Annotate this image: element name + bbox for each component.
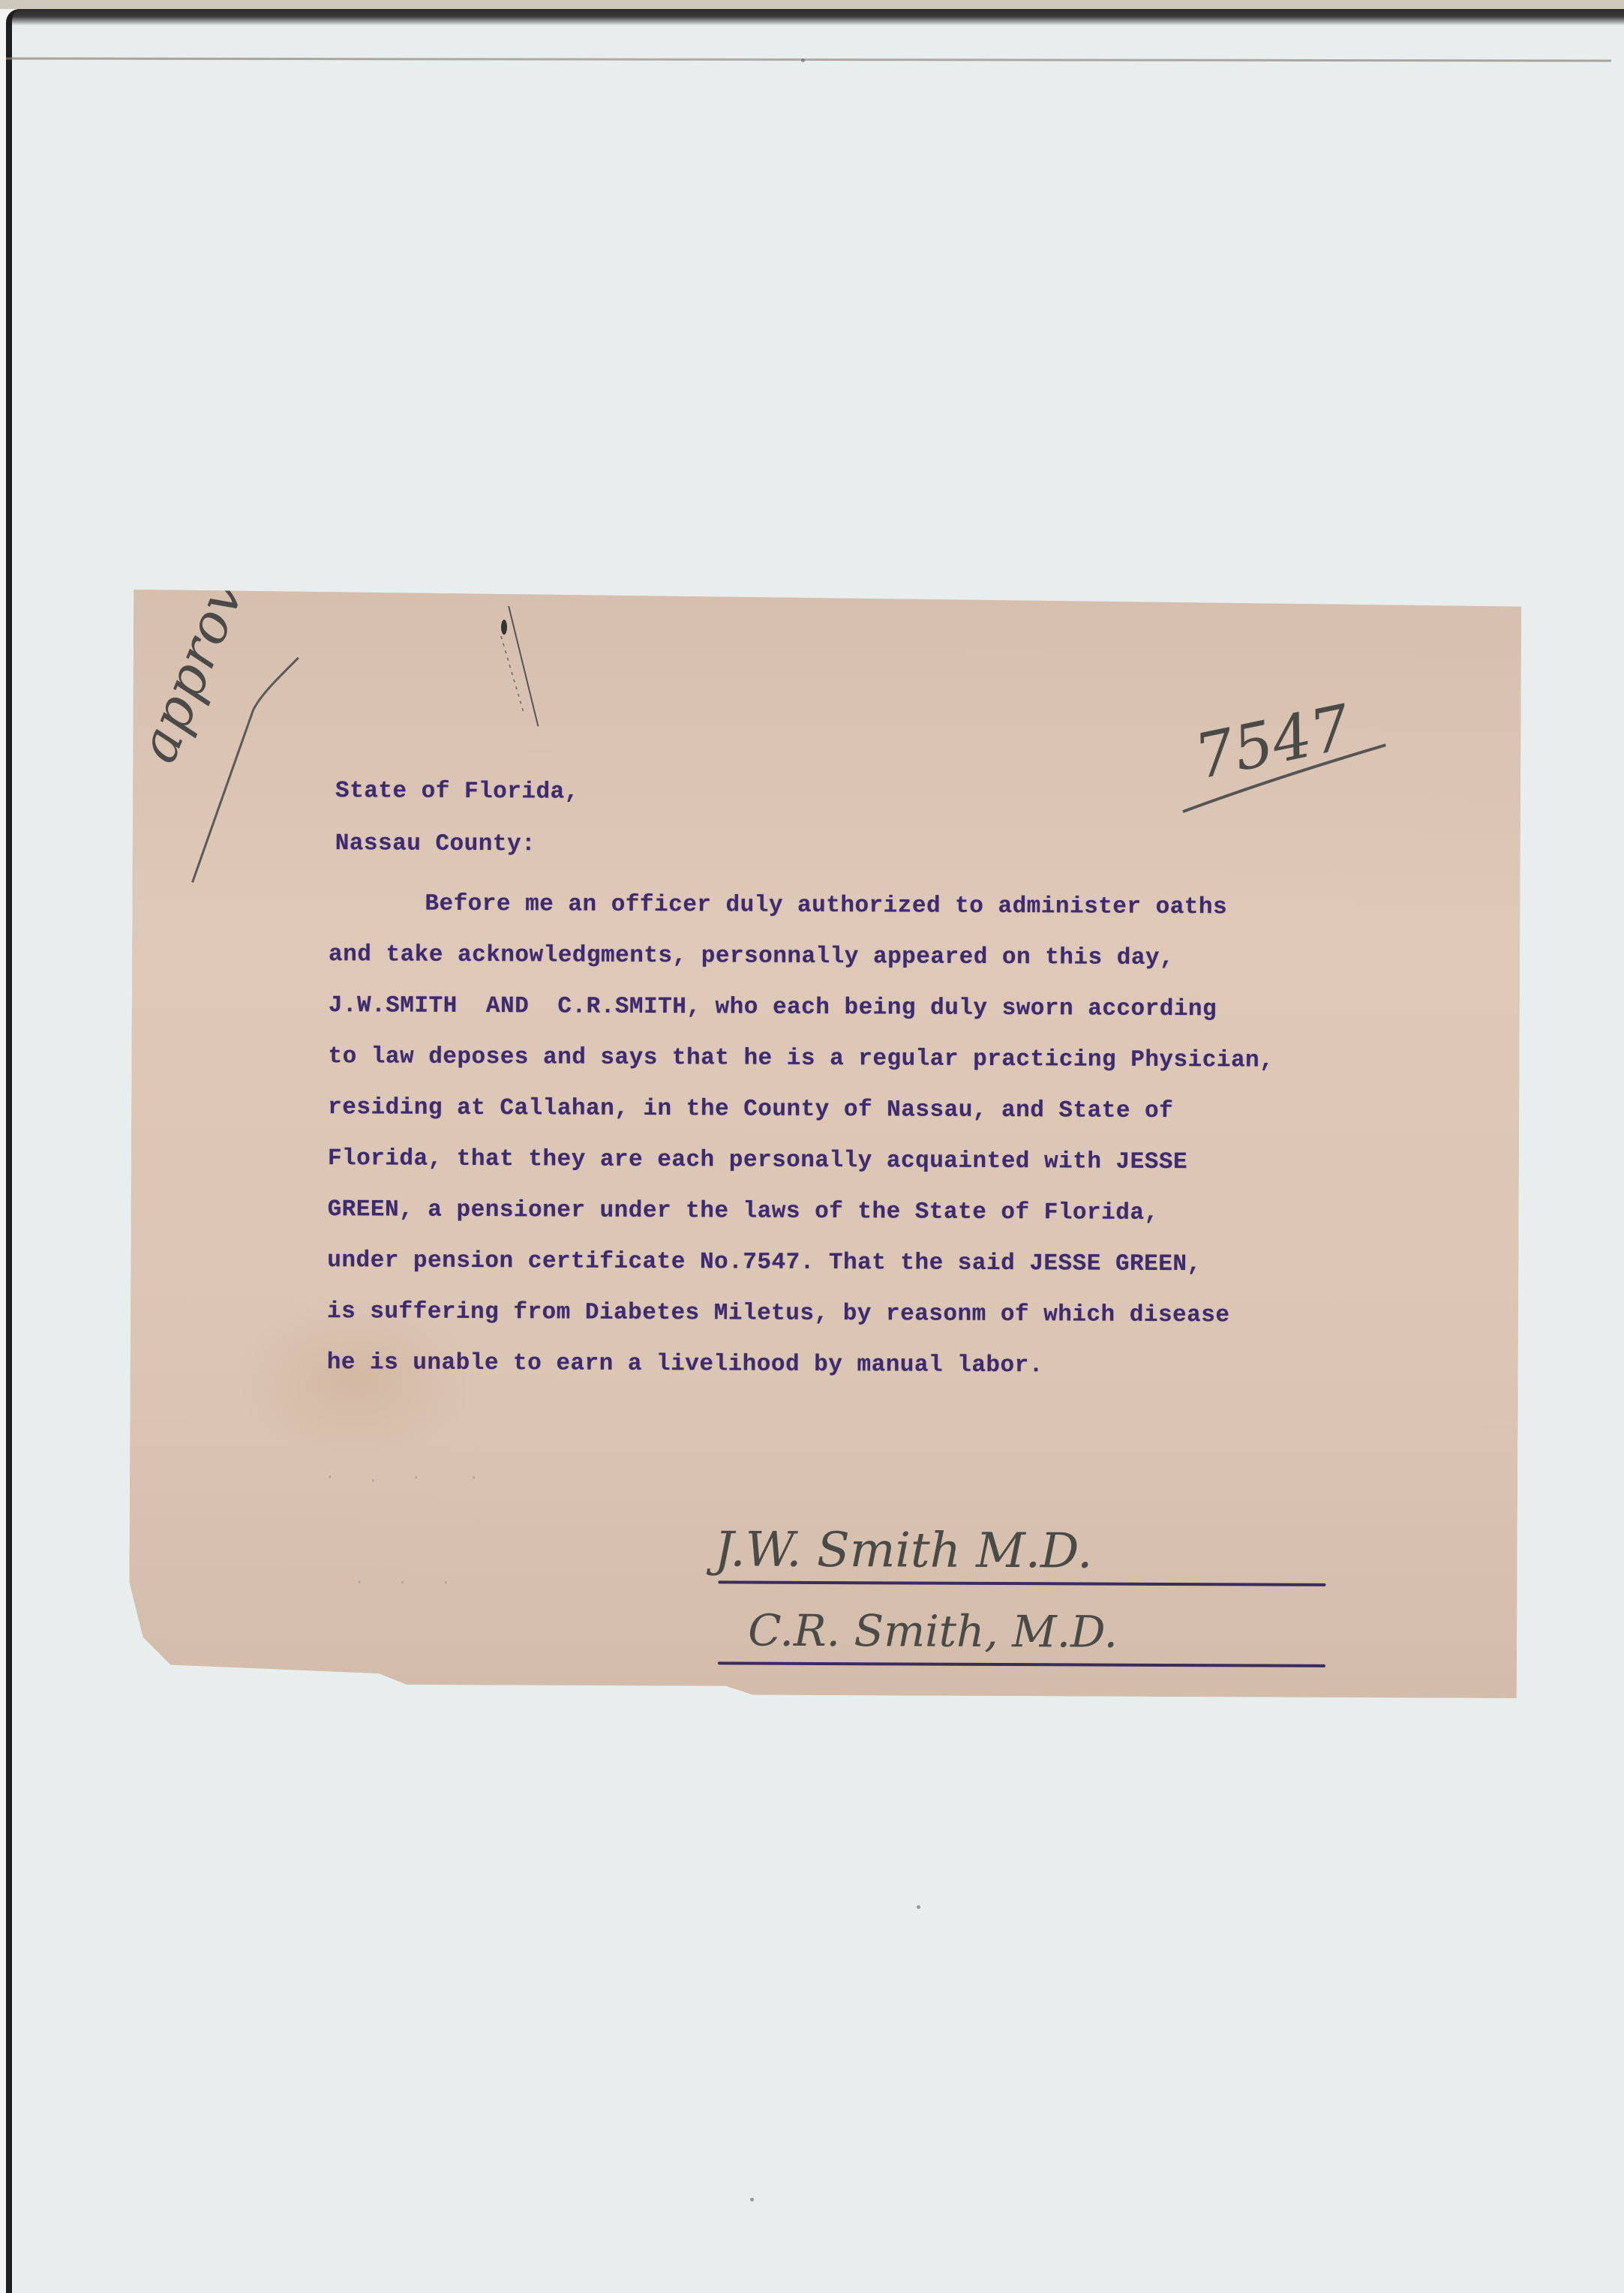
faint-stamp-text: · · ·: [354, 1573, 455, 1592]
speck: [801, 59, 805, 62]
file-number-underline: [1175, 707, 1401, 827]
body-line-4: to law deposes and says that he is a reg…: [328, 1043, 1274, 1074]
body-line-9: is suffering from Diabetes Miletus, by r…: [327, 1298, 1230, 1328]
heading-county: Nassau County:: [335, 830, 536, 857]
affidavit-paper: approved 7547 State of Florida, Nassau C…: [129, 590, 1521, 1698]
approved-underline-stroke: [170, 650, 305, 890]
faint-stamp-text: · . · ·: [325, 1468, 483, 1487]
speck: [750, 2198, 754, 2201]
pencil-mark: [493, 591, 554, 741]
body-line-8: under pension certificate No.7547. That …: [327, 1247, 1201, 1277]
body-line-5: residing at Callahan, in the County of N…: [328, 1094, 1173, 1124]
signature-cr-smith: C.R. Smith, M.D.: [748, 1605, 1118, 1658]
body-line-3: J.W.SMITH AND C.R.SMITH, who each being …: [329, 992, 1217, 1022]
body-line-2: and take acknowledgments, personnally ap…: [329, 941, 1174, 971]
body-line-6: Florida, that they are each personally a…: [328, 1145, 1187, 1175]
signature-line-1: [718, 1580, 1325, 1586]
heading-state: State of Florida,: [335, 778, 579, 805]
scan-top-edge: [0, 0, 1624, 9]
body-line-10: he is unable to earn a livelihood by man…: [327, 1349, 1043, 1379]
signature-line-2: [718, 1661, 1325, 1667]
body-line-1: Before me an officer duly authorized to …: [425, 891, 1227, 921]
body-line-7: GREEN, a pensioner under the laws of the…: [328, 1196, 1159, 1226]
speck: [917, 1905, 920, 1909]
signature-jw-smith: J.W. Smith M.D.: [714, 1522, 1092, 1579]
